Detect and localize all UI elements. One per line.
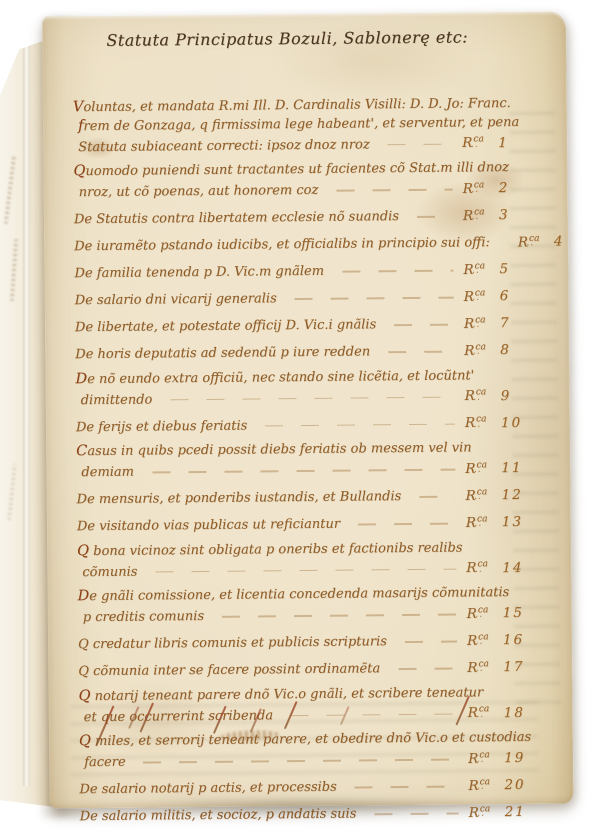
entry-line: Q cõmunia inter se facere possint ordina… — [78, 655, 533, 684]
entry-text: cõmunis — [82, 563, 137, 581]
entry-number: 7 — [500, 315, 530, 333]
entry-line: De familia tenenda p D. Vic.m gnãlemRca·… — [74, 257, 529, 286]
rubrica-dots: ·· — [472, 268, 480, 278]
rubrica-dots: ·· — [526, 241, 534, 251]
entry-text: demiam — [81, 464, 134, 482]
entry-number: 9 — [501, 387, 531, 405]
index-entry: De Statutis contra libertatem ecclesie n… — [74, 203, 529, 232]
ghost-writing — [10, 239, 18, 301]
entry-text: De Statutis contra libertatem ecclesie n… — [74, 208, 399, 229]
rubrica-mark: Rca·· — [464, 339, 500, 364]
rubrica-mark: Rca·· — [465, 457, 501, 482]
dash-filler — [216, 614, 457, 618]
entry-number: 10 — [501, 414, 531, 432]
entry-number: 1 — [498, 134, 528, 152]
rubrica-mark: Rca·· — [463, 258, 499, 283]
index-entry: Q bona vicinoz sint obligata p oneribs e… — [77, 537, 532, 585]
index-entry: Q miles, et serrorij teneant parere, et … — [79, 728, 534, 776]
entry-number: 8 — [500, 342, 530, 360]
entry-line: De libertate, et potestate officij D. Vi… — [75, 311, 530, 340]
entry-number: 6 — [500, 288, 530, 306]
rubrica-mark: Rca·· — [468, 747, 504, 772]
entry-text: De libertate, et potestate officij D. Vi… — [75, 316, 376, 336]
entry-line: De mensuris, et ponderibs iustandis, et … — [77, 483, 532, 512]
rubrica-dots: ·· — [476, 639, 484, 649]
rubrica-mark: Rca·· — [468, 774, 504, 799]
dash-filler — [392, 668, 457, 670]
rubrica-dots: ·· — [473, 349, 481, 359]
entry-text: De salario dni vicarij generalis — [75, 290, 277, 309]
rubrica-mark: Rca·· — [518, 230, 554, 255]
dash-filler — [411, 216, 453, 218]
entry-number: 11 — [501, 460, 531, 478]
dash-filler — [382, 351, 454, 353]
rubrica-dots: ·· — [473, 395, 481, 405]
dash-filler — [285, 713, 458, 716]
entry-line: p creditis comunisRca··15 — [78, 601, 533, 630]
entry-line: De Statutis contra libertatem ecclesie n… — [74, 203, 529, 232]
entry-text: Q miles, et serrorij teneant parere, et … — [79, 730, 531, 749]
page-fold — [23, 44, 30, 786]
index-entry: De nõ eundo extra officiũ, nec stando si… — [75, 365, 530, 413]
dash-filler — [502, 242, 508, 244]
index-entry: De ferijs et diebus feriatisRca··10 — [76, 411, 531, 440]
entry-text: De gnãli comissione, et licentia concede… — [78, 585, 510, 604]
entry-text: nroz, ut cõ poenas, aut honorem coz — [79, 182, 319, 202]
index-entry: Q cõmunia inter se facere possint ordina… — [78, 655, 533, 684]
entry-text: De iuramẽto pstando iudicibs, et officia… — [74, 234, 490, 255]
entry-text: Q bona vicinoz sint obligata p oneribs e… — [77, 540, 463, 559]
manuscript-photograph: Statuta Principatus Bozuli, Sablonerę et… — [0, 0, 600, 840]
entry-number: 19 — [504, 750, 534, 768]
dash-filler — [388, 324, 454, 326]
rubrica-mark: Rca·· — [466, 511, 502, 536]
index-entry: Q credatur libris comunis et publicis sc… — [78, 628, 533, 657]
rubrica-mark: Rca·· — [464, 312, 500, 337]
rubrica-mark: Rca·· — [466, 556, 502, 581]
entry-text: De visitando vias publicas ut reficiantu… — [77, 516, 340, 536]
index-entry: De visitando vias publicas ut reficiantu… — [77, 510, 532, 539]
entry-text: Casus in quibs pcedi possit diebs feriat… — [76, 440, 472, 459]
entry-line: De salario dni vicarij generalisRca··6 — [75, 284, 530, 313]
rubrica-dots: ·· — [475, 612, 483, 622]
rubrica-dots: ·· — [474, 422, 482, 432]
rubrica-dots: ·· — [476, 712, 484, 722]
index-entry: De gnãli comissione, et licentia concede… — [77, 583, 532, 631]
dash-filler — [349, 786, 459, 789]
entry-text: frem de Gonzaga, q firmissima lege habea… — [78, 114, 519, 133]
entry-line: Statuta subiaceant correcti: ipsoz dnoz … — [73, 131, 528, 160]
entry-number: 12 — [502, 487, 532, 505]
manuscript-page: Statuta Principatus Bozuli, Sablonerę et… — [42, 11, 574, 808]
index-entry: De mensuris, et ponderibs iustandis, et … — [77, 483, 532, 512]
entry-text: Quomodo puniendi sunt tractantes ut faci… — [73, 160, 508, 179]
entry-text: facere — [84, 754, 126, 772]
index-entry: De salario dni vicarij generalisRca··6 — [75, 284, 530, 313]
rubrica-mark: Rca·· — [465, 411, 501, 436]
entry-text: De mensuris, et ponderibs iustandis, et … — [77, 488, 402, 509]
rubrica-dots: ·· — [471, 142, 479, 152]
book-shadow — [55, 800, 545, 828]
entry-number: 5 — [499, 261, 529, 279]
page-title: Statuta Principatus Bozuli, Sablonerę et… — [42, 27, 532, 51]
rubrica-dots: ·· — [472, 214, 480, 224]
entry-text: Statuta subiaceant correcti: ipsoz dnoz … — [78, 136, 370, 156]
entry-line: De ferijs et diebus feriatisRca··10 — [76, 411, 531, 440]
entry-text: De horis deputatis ad sedendũ p iure red… — [75, 343, 370, 363]
entry-number: 4 — [554, 233, 584, 251]
dash-filler — [259, 423, 455, 426]
ghost-writing — [4, 154, 17, 224]
entry-text: Q credatur libris comunis et publicis sc… — [78, 633, 387, 653]
index-entry: Voluntas, et mandata R.mi Ill. D. Cardin… — [73, 94, 529, 160]
rubrica-mark: Rca·· — [467, 602, 503, 627]
entry-line: De iuramẽto pstando iudicibs, et officia… — [74, 230, 529, 259]
entry-text: De salario notarij p actis, et processib… — [79, 779, 336, 799]
entry-number: 13 — [502, 514, 532, 532]
rubrica-mark: Rca·· — [467, 656, 503, 681]
entry-text: De nõ eundo extra officiũ, nec stando si… — [75, 368, 474, 387]
rubrica-mark: Rca·· — [463, 204, 499, 229]
index-entry: Quomodo puniendi sunt tractantes ut faci… — [73, 158, 528, 206]
rubrica-mark: Rca·· — [466, 484, 502, 509]
entries-list: Voluntas, et mandata R.mi Ill. D. Cardin… — [73, 94, 535, 832]
rubrica-dots: ·· — [476, 666, 484, 676]
entry-text: p creditis comunis — [83, 608, 204, 627]
rubrica-dots: ·· — [477, 757, 485, 767]
index-entry: De horis deputatis ad sedendũ p iure red… — [75, 338, 530, 367]
index-entry: De libertate, et potestate officij D. Vi… — [75, 311, 530, 340]
entry-line: De visitando vias publicas ut reficiantu… — [77, 510, 532, 539]
dash-filler — [330, 189, 452, 192]
entry-text: Q notarij teneant parere dnõ Vic.o gnãli… — [78, 685, 483, 704]
index-entry: De iuramẽto pstando iudicibs, et officia… — [74, 230, 529, 259]
entry-line: facereRca··19 — [79, 746, 534, 775]
ghost-writing — [7, 464, 17, 520]
index-entry: Casus in quibs pcedi possit diebs feriat… — [76, 438, 531, 486]
entry-text: De familia tenenda p D. Vic.m gnãlem — [74, 263, 324, 283]
rubrica-dots: ·· — [474, 494, 482, 504]
rubrica-dots: ·· — [474, 467, 482, 477]
rubrica-dots: ·· — [474, 521, 482, 531]
entry-line: cõmunisRca··14 — [77, 556, 532, 585]
rubrica-dots: ·· — [477, 784, 485, 794]
rubrica-mark: Rca·· — [463, 177, 499, 202]
rubrica-mark: Rca·· — [464, 285, 500, 310]
entry-number: 14 — [502, 559, 532, 577]
dash-filler — [149, 568, 456, 572]
entry-text: Q cõmunia inter se facere possint ordina… — [78, 660, 380, 680]
entry-number: 15 — [503, 605, 533, 623]
dash-filler — [382, 143, 453, 145]
rubrica-mark: Rca·· — [465, 384, 501, 409]
entry-text: dimittendo — [81, 391, 153, 409]
entry-line: De salario notarij p actis, et processib… — [79, 773, 534, 802]
entry-text: Voluntas, et mandata R.mi Ill. D. Cardin… — [73, 96, 511, 115]
dash-filler — [352, 523, 456, 525]
entry-line: demiamRca··11 — [76, 456, 531, 485]
rubrica-dots: ·· — [475, 567, 483, 577]
entry-text: De ferijs et diebus feriatis — [76, 417, 248, 436]
index-entry: De salario notarij p actis, et processib… — [79, 773, 534, 802]
entry-number: 17 — [503, 659, 533, 677]
entry-line: De horis deputatis ad sedendũ p iure red… — [75, 338, 530, 367]
entry-line: Q credatur libris comunis et publicis sc… — [78, 628, 533, 657]
dash-filler — [336, 270, 453, 273]
rubrica-mark: Rca·· — [462, 131, 498, 156]
dash-filler — [138, 759, 459, 764]
dash-filler — [399, 641, 457, 643]
entry-number: 18 — [504, 704, 534, 722]
dash-filler — [289, 297, 454, 300]
rubrica-dots: ·· — [472, 295, 480, 305]
dash-filler — [146, 469, 455, 473]
entry-number: 3 — [499, 207, 529, 225]
index-entry: De familia tenenda p D. Vic.m gnãlemRca·… — [74, 257, 529, 286]
entry-number: 16 — [503, 632, 533, 650]
rubrica-mark: Rca·· — [467, 629, 503, 654]
entry-number: 2 — [499, 180, 529, 198]
rubrica-dots: ·· — [471, 187, 479, 197]
entry-line: dimittendoRca··9 — [76, 384, 531, 413]
dash-filler — [413, 496, 455, 498]
dash-filler — [164, 396, 454, 400]
entry-line: nroz, ut cõ poenas, aut honorem cozRca··… — [74, 176, 529, 205]
rubrica-dots: ·· — [473, 322, 481, 332]
rubrica-mark: Rca·· — [468, 701, 504, 726]
entry-number: 20 — [504, 777, 534, 795]
